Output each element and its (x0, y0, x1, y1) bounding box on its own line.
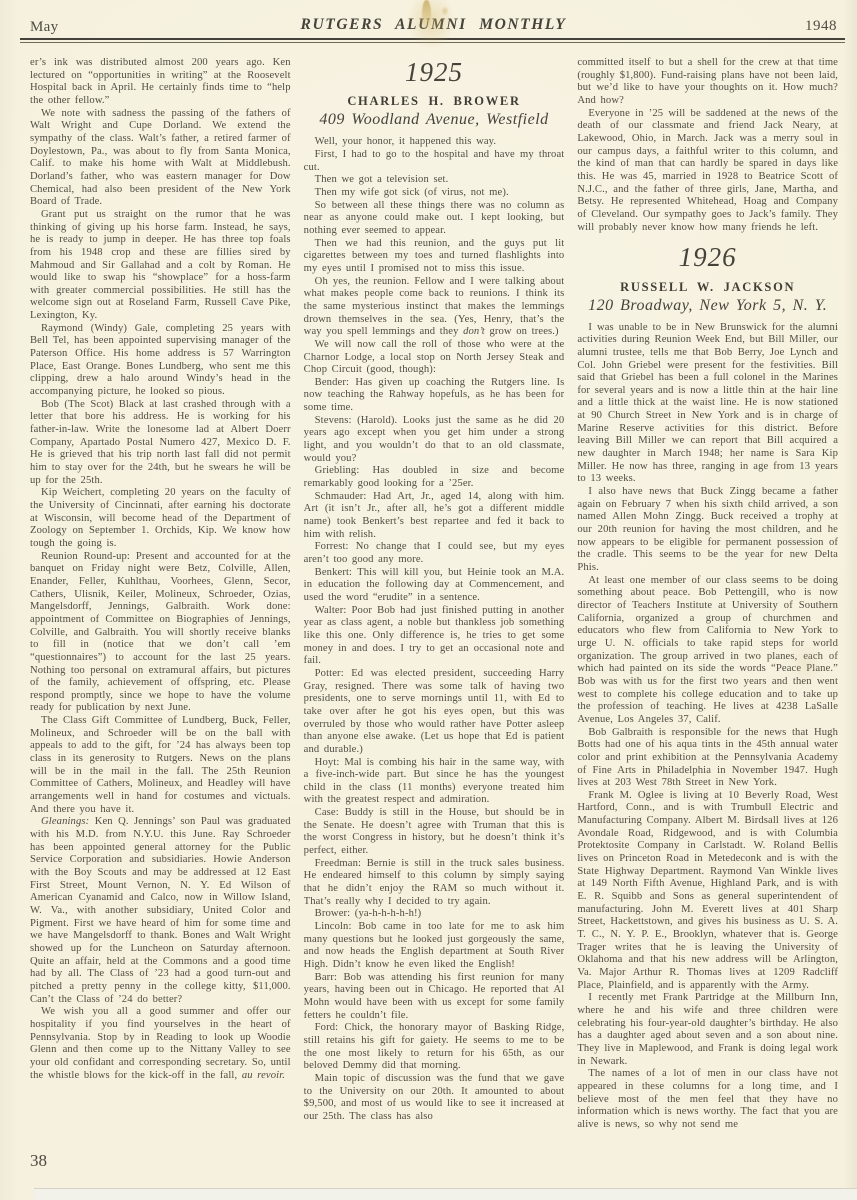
header-year: 1948 (805, 18, 837, 35)
paragraph: Forrest: No change that I could see, but… (304, 541, 565, 566)
paragraph: I was unable to be in New Brunswick for … (577, 322, 838, 487)
paragraph: I recently met Frank Partridge at the Mi… (577, 992, 838, 1068)
column-2: 1925CHARLES H. BROWER409 Woodland Avenue… (304, 57, 565, 1185)
class-secretary-name: RUSSELL W. JACKSON (577, 280, 838, 295)
class-secretary-address: 120 Broadway, New York 5, N. Y. (577, 297, 838, 315)
paragraph: Main topic of discussion was the fund th… (304, 1073, 565, 1124)
paragraph: Oh yes, the reunion. Fellow and I were t… (304, 276, 565, 339)
paragraph: Kip Weichert, completing 20 years on the… (30, 487, 291, 550)
paragraph: Reunion Round-up: Present and accounted … (30, 551, 291, 716)
paragraph: Brower: (ya-h-h-h-h-h!) (304, 908, 565, 921)
paragraph: We note with sadness the passing of the … (30, 108, 291, 209)
paragraph: Bob Galbraith is responsible for the new… (577, 727, 838, 790)
paragraph: Freedman: Bernie is still in the truck s… (304, 858, 565, 909)
column-1: er’s ink was distributed almost 200 year… (30, 57, 291, 1185)
paragraph-continuation: er’s ink was distributed almost 200 year… (30, 57, 291, 108)
paragraph: Then we got a television set. (304, 174, 565, 187)
paragraph: Stevens: (Harold). Looks just the same a… (304, 415, 565, 466)
paragraph: Lincoln: Bob came in too late for me to … (304, 921, 565, 972)
paragraph: First, I had to go to the hospital and h… (304, 149, 565, 174)
paragraph: Griebling: Has doubled in size and becom… (304, 465, 565, 490)
paragraph: Benkert: This will kill you, but Heinie … (304, 567, 565, 605)
paragraph: Walter: Poor Bob had just finished putti… (304, 605, 565, 668)
text-columns: er’s ink was distributed almost 200 year… (30, 57, 838, 1185)
paragraph: Case: Buddy is still in the House, but s… (304, 807, 565, 858)
paragraph: The Class Gift Committee of Lundberg, Bu… (30, 715, 291, 816)
paragraph: The names of a lot of men in our class h… (577, 1068, 838, 1131)
paragraph: Then we had this reunion, and the guys p… (304, 238, 565, 276)
ink-stain-dot (441, 6, 449, 16)
class-secretary-address: 409 Woodland Avenue, Westfield (304, 111, 565, 129)
class-year-heading: 1926 (577, 243, 838, 271)
paragraph: So between all these things there was no… (304, 200, 565, 238)
paragraph-continuation: committed itself to but a shell for the … (577, 57, 838, 108)
scan-edge-strip (34, 1188, 857, 1200)
paragraph: Potter: Ed was elected president, succee… (304, 668, 565, 757)
paragraph: Then my wife got sick (of virus, not me)… (304, 187, 565, 200)
paragraph: Schmauder: Had Art, Jr., aged 14, along … (304, 491, 565, 542)
paragraph: Well, your honor, it happened this way. (304, 136, 565, 149)
paragraph: I also have news that Buck Zingg became … (577, 486, 838, 575)
paragraph: Hoyt: Mal is combing his hair in the sam… (304, 757, 565, 808)
paragraph: We will now call the roll of those who w… (304, 339, 565, 377)
paragraph: Bender: Has given up coaching the Rutger… (304, 377, 565, 415)
column-3: committed itself to but a shell for the … (577, 57, 838, 1185)
paragraph: Grant put us straight on the rumor that … (30, 209, 291, 323)
ink-stain-drip (422, 0, 431, 30)
class-year-heading: 1925 (304, 58, 565, 86)
paragraph: We wish you all a good summer and offer … (30, 1006, 291, 1082)
paper-stain (788, 640, 824, 686)
paragraph: Ford: Chick, the honorary mayor of Baski… (304, 1022, 565, 1073)
page-number: 38 (30, 1151, 47, 1171)
paragraph: Barr: Bob was attending his first reunio… (304, 972, 565, 1023)
paragraph: Frank M. Oglee is living at 10 Beverly R… (577, 790, 838, 993)
paragraph: Raymond (Windy) Gale, completing 25 year… (30, 323, 291, 399)
paragraph: Gleanings: Ken Q. Jennings’ son Paul was… (30, 816, 291, 1006)
paragraph: Everyone in ’25 will be saddened at the … (577, 108, 838, 235)
paragraph: Bob (The Scot) Black at last crashed thr… (30, 399, 291, 488)
class-secretary-name: CHARLES H. BROWER (304, 94, 565, 109)
